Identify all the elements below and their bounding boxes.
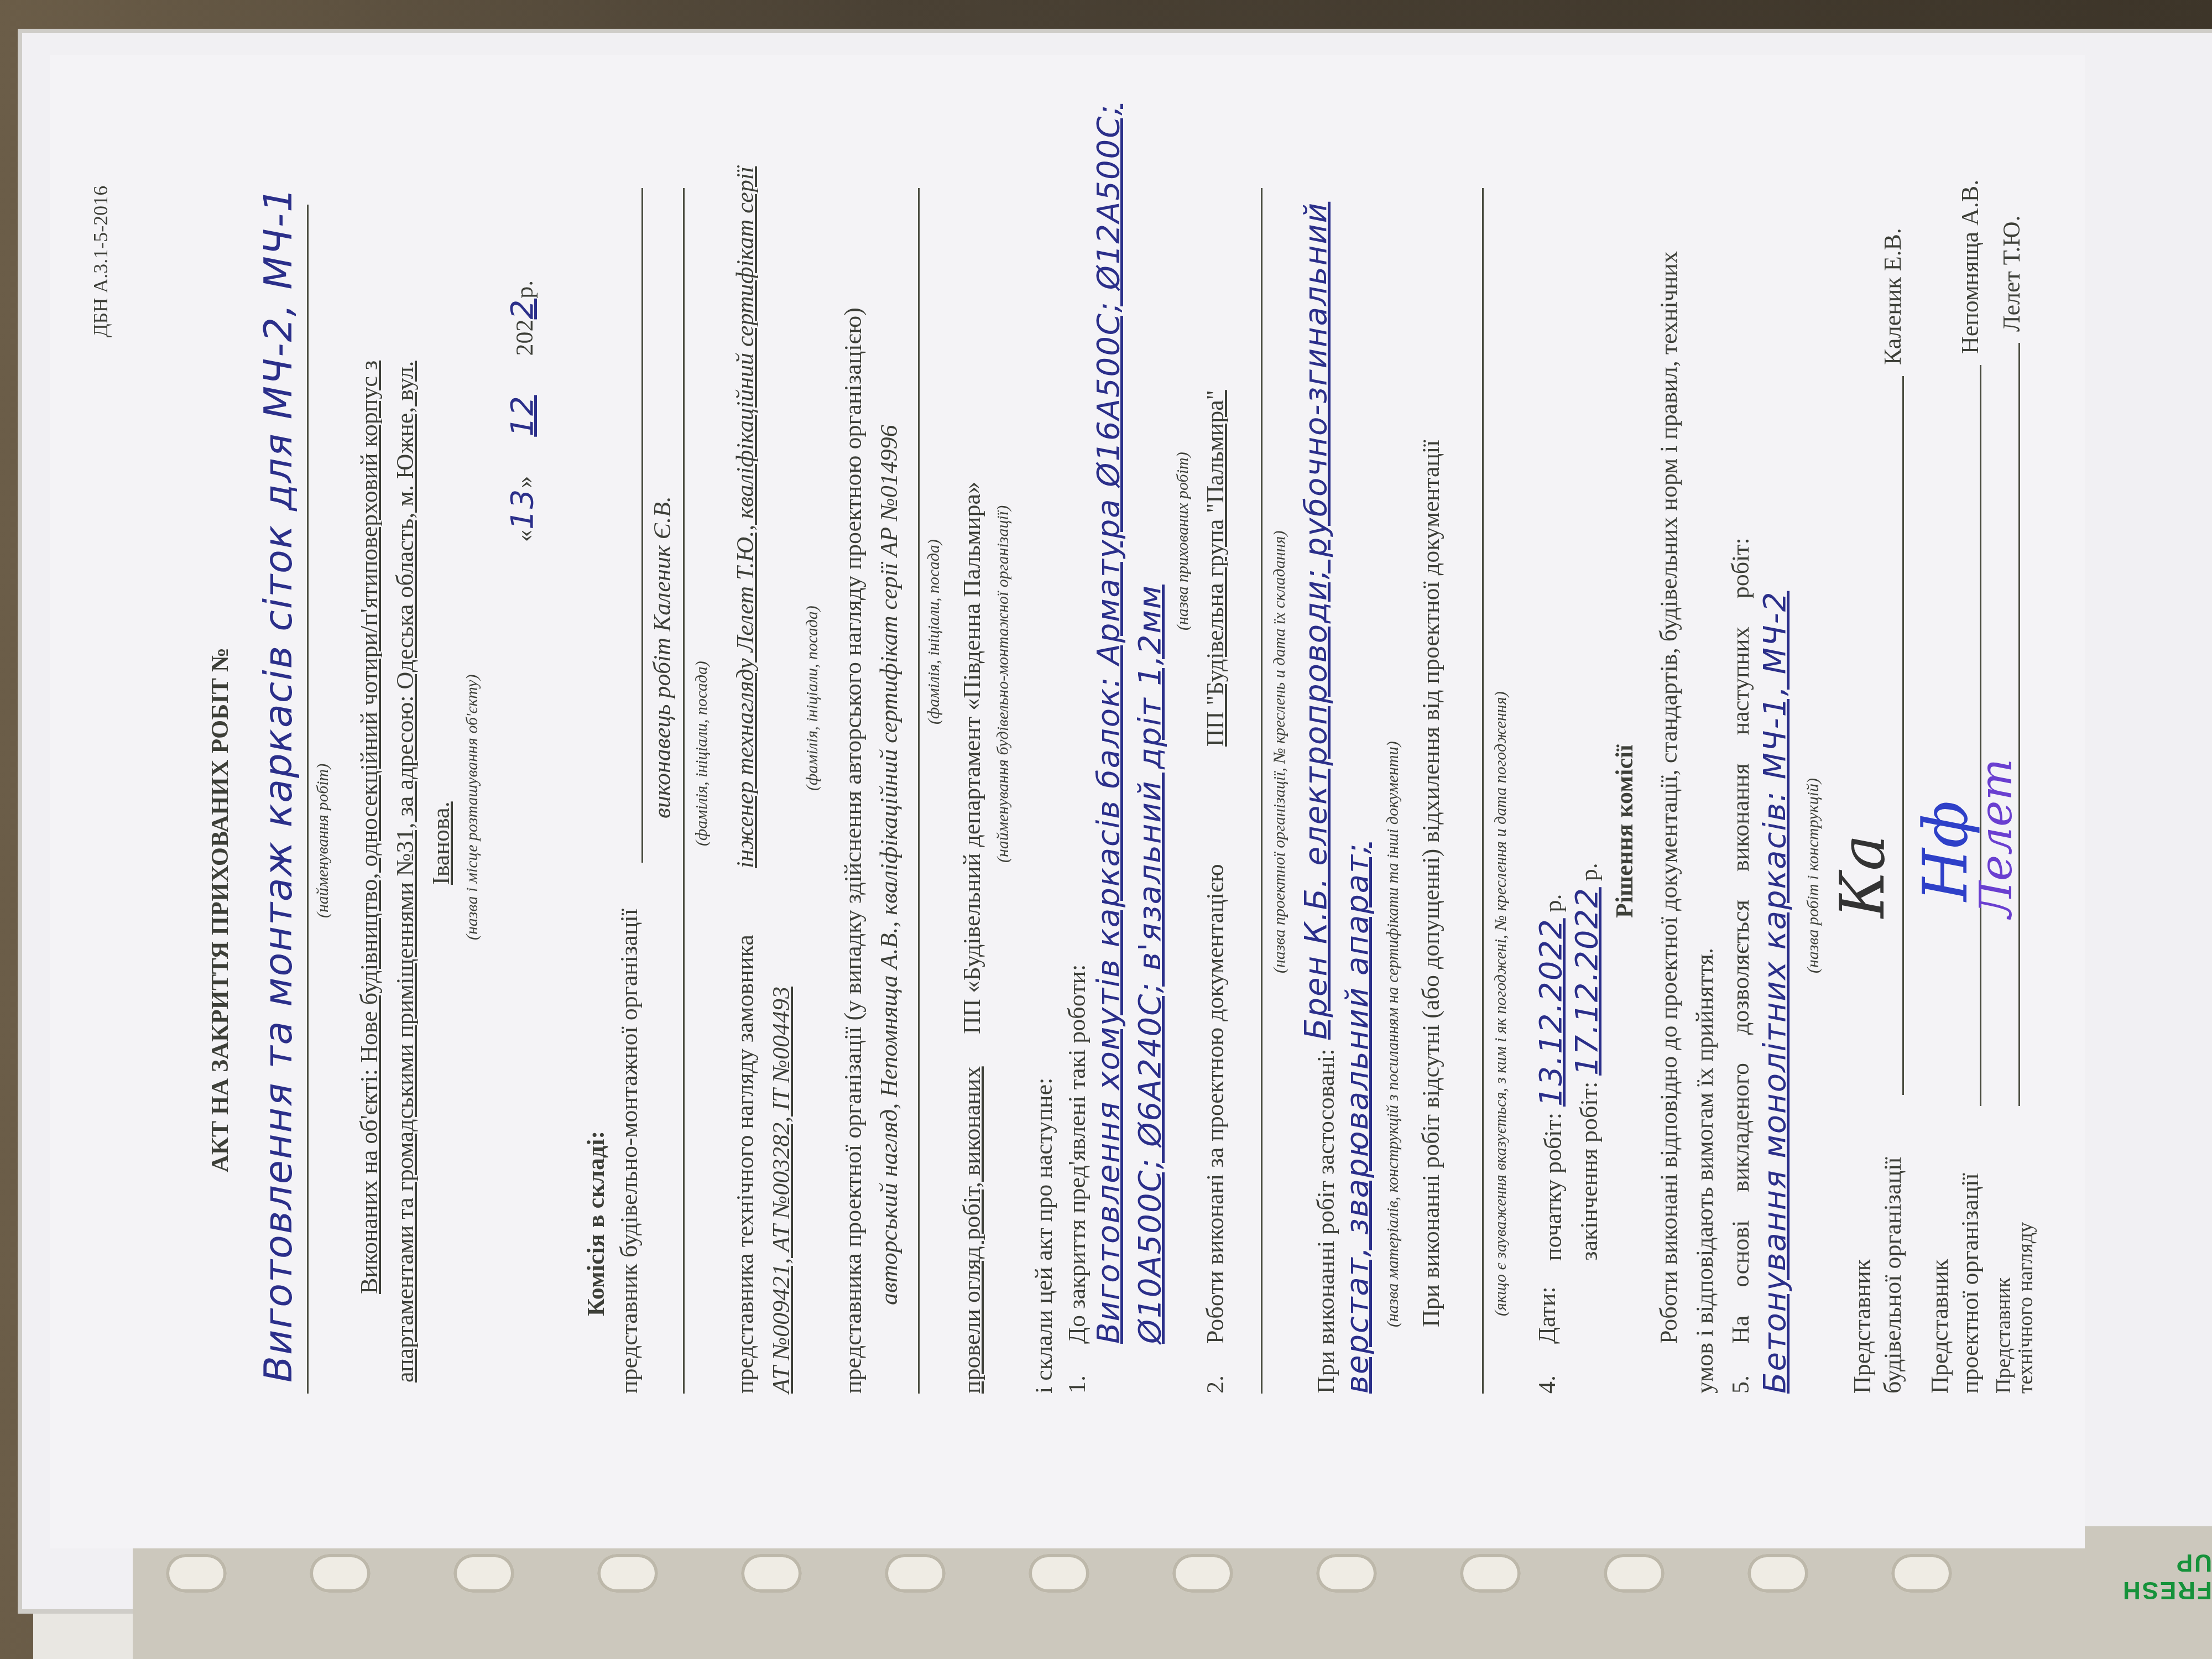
punch-hole [310, 1554, 371, 1593]
item-1-text: До закриття пред'явлені такі роботи: [1062, 964, 1092, 1344]
punch-hole [453, 1554, 514, 1593]
item-3-text: При виконанні робіт застосовані: [1311, 1049, 1341, 1394]
start-date-value: 13.12.2022 [1533, 918, 1569, 1107]
signature-label-2b: проектної організації [1955, 1173, 1985, 1394]
punch-hole [1029, 1554, 1089, 1593]
design-org-label: представника проектної організації (у ви… [838, 307, 868, 1394]
punch-hole [1460, 1554, 1521, 1593]
punch-hole [741, 1554, 802, 1593]
blank-line [918, 188, 920, 1394]
item-2-number: 2. [1200, 1375, 1230, 1394]
item-5-text: На основі викладеного дозволяється викон… [1725, 538, 1756, 1344]
item-5-caption: (назва робіт і конструкцій) [1803, 778, 1824, 973]
item-5-handwritten: Бетонування монолітних каркасів: МЧ-1, М… [1756, 591, 1794, 1394]
punch-hole [1604, 1554, 1665, 1593]
tech-supervision-value: інженер технагляду Лелет Т.Ю., кваліфіка… [730, 166, 760, 868]
punch-hole [1172, 1554, 1233, 1593]
blank-line [1261, 188, 1262, 1394]
signature-name-2: Непомняща А.В. [1955, 180, 1985, 354]
work-name-caption: (найменування робіт) [312, 764, 333, 918]
punch-hole [1316, 1554, 1377, 1593]
inspected-label: провели огляд робіт, виконаних [957, 1066, 987, 1394]
signature-label-1a: Представник [1847, 1259, 1877, 1394]
blank-line [1482, 188, 1484, 1394]
object-line-1: Виконаних на об'єкті: Нове будівництво, … [354, 361, 384, 1294]
date-month: 12 [504, 362, 540, 469]
signature-line [1980, 365, 1981, 1106]
commission-title: Комісія в складі: [581, 1131, 611, 1316]
sleeve-brand-logo: FRESH UP [2079, 1571, 2212, 1604]
signature-tech: Лелет [1969, 759, 2024, 918]
act-date: «13» 12 2022р. [503, 280, 542, 542]
blank-line [641, 188, 643, 863]
item-1-handwritten-line-2: Ø10А500С; Ø6А240С; в'язальний дріт 1,2мм [1131, 585, 1170, 1344]
item-1-number: 1. [1062, 1375, 1092, 1394]
caption-name-position: (фамілія, ініціали, посада) [691, 661, 712, 846]
object-caption: (назва і місце розташування об'єкту) [462, 675, 483, 940]
document-title: АКТ НА ЗАКРИТТЯ ПРИХОВАНИХ РОБІТ № [205, 648, 235, 1172]
decision-text-2: умов і відповідають вимогам їх прийняття… [1689, 948, 1720, 1394]
item-3-handwritten-line-2: верстат, зварювальний апарат; [1338, 842, 1377, 1394]
signature-label-3b: технічного нагляду [2013, 1222, 2039, 1394]
deviations-caption: (якщо є зауваження вказується, з ким і я… [1490, 691, 1511, 1316]
item-1-caption: (назва прихованих робіт) [1172, 452, 1193, 630]
end-date: закінчення робіт: 17.12.2022 р. [1568, 863, 1606, 1261]
punch-hole [1747, 1554, 1808, 1593]
item-2-caption: (назва проектної організації, № креслень… [1269, 531, 1290, 973]
decision-title: Рішення комісії [1609, 745, 1640, 918]
signature-line [1902, 376, 1904, 1095]
item-1-handwritten-line-1: Виготовлення хомутів каркасів балок: Арм… [1089, 104, 1128, 1344]
item-4-number: 4. [1532, 1375, 1562, 1394]
punch-hole [885, 1554, 946, 1593]
item-4-text: Дати: [1532, 1287, 1562, 1344]
punch-hole [166, 1554, 227, 1593]
inspected-value: ПП «Будівельний департамент «Південна Па… [957, 482, 987, 1034]
signature-line [2018, 343, 2020, 1106]
item-2-value: ПП "Будівельна група "Пальмира" [1200, 390, 1230, 747]
contractor-rep-value: виконавець робіт Каленик Є.В. [647, 496, 677, 818]
signature-name-1: Каленик Е.В. [1877, 228, 1908, 365]
work-name-line [307, 205, 309, 1394]
start-date: початку робіт: 13.12.2022 р. [1532, 894, 1571, 1261]
standard-code: ДБН А.3.1-5-2016 [88, 186, 113, 337]
item-5-number: 5. [1725, 1375, 1756, 1394]
contractor-rep-label: представник будівельно-монтажної організ… [614, 909, 644, 1394]
end-date-value: 17.12.2022 [1569, 887, 1605, 1076]
signature-name-3: Лелет Т.Ю. [1996, 216, 2027, 332]
inspected-caption: (найменування будівельно-монтажної орган… [993, 505, 1014, 863]
punch-hole [1891, 1554, 1952, 1593]
caption-name-position: (фамілія, ініціали, посада) [924, 539, 945, 724]
item-3-caption: (назва матеріалів, конструкцій з посилан… [1383, 741, 1404, 1327]
item-3-handwritten-line-1: Брен К.Б. електропроводи; рубочно-згинал… [1297, 202, 1335, 1040]
punch-hole [597, 1554, 658, 1593]
deviations-text: При виконанні робіт відсутні (або допуще… [1416, 440, 1446, 1327]
signature-label-2a: Представник [1924, 1259, 1955, 1394]
object-line-3: Іванова. [426, 801, 456, 885]
tech-supervision-certs: АТ №009421, АТ №003282, ІТ №004493 [766, 987, 796, 1394]
date-year-suffix: 2 [504, 299, 540, 320]
signature-contractor: Ка [1825, 834, 1901, 918]
design-org-value: авторський нагляд, Непомняща А.В., квалі… [874, 425, 904, 1305]
decision-text-1: Роботи виконані відповідно до проектної … [1653, 251, 1684, 1344]
signature-label-1b: будівельної організації [1877, 1157, 1908, 1394]
caption-name-position: (фамілія, ініціали, посада) [802, 606, 823, 791]
blank-line [683, 188, 685, 1394]
made-act: і склали цей акт про наступне: [1029, 1078, 1059, 1394]
tech-supervision-label: представника технічного нагляду замовник… [730, 935, 760, 1394]
item-2-text: Роботи виконані за проектною документаці… [1200, 864, 1230, 1344]
act-document: ДБН А.3.1-5-2016 АКТ НА ЗАКРИТТЯ ПРИХОВА… [66, 77, 2035, 1526]
date-day: 13 [504, 488, 540, 530]
work-name-handwritten: Виготовлення та монтаж каркасів сіток дл… [254, 186, 303, 1383]
object-line-2: апартаментами та громадськими приміщення… [390, 361, 420, 1383]
